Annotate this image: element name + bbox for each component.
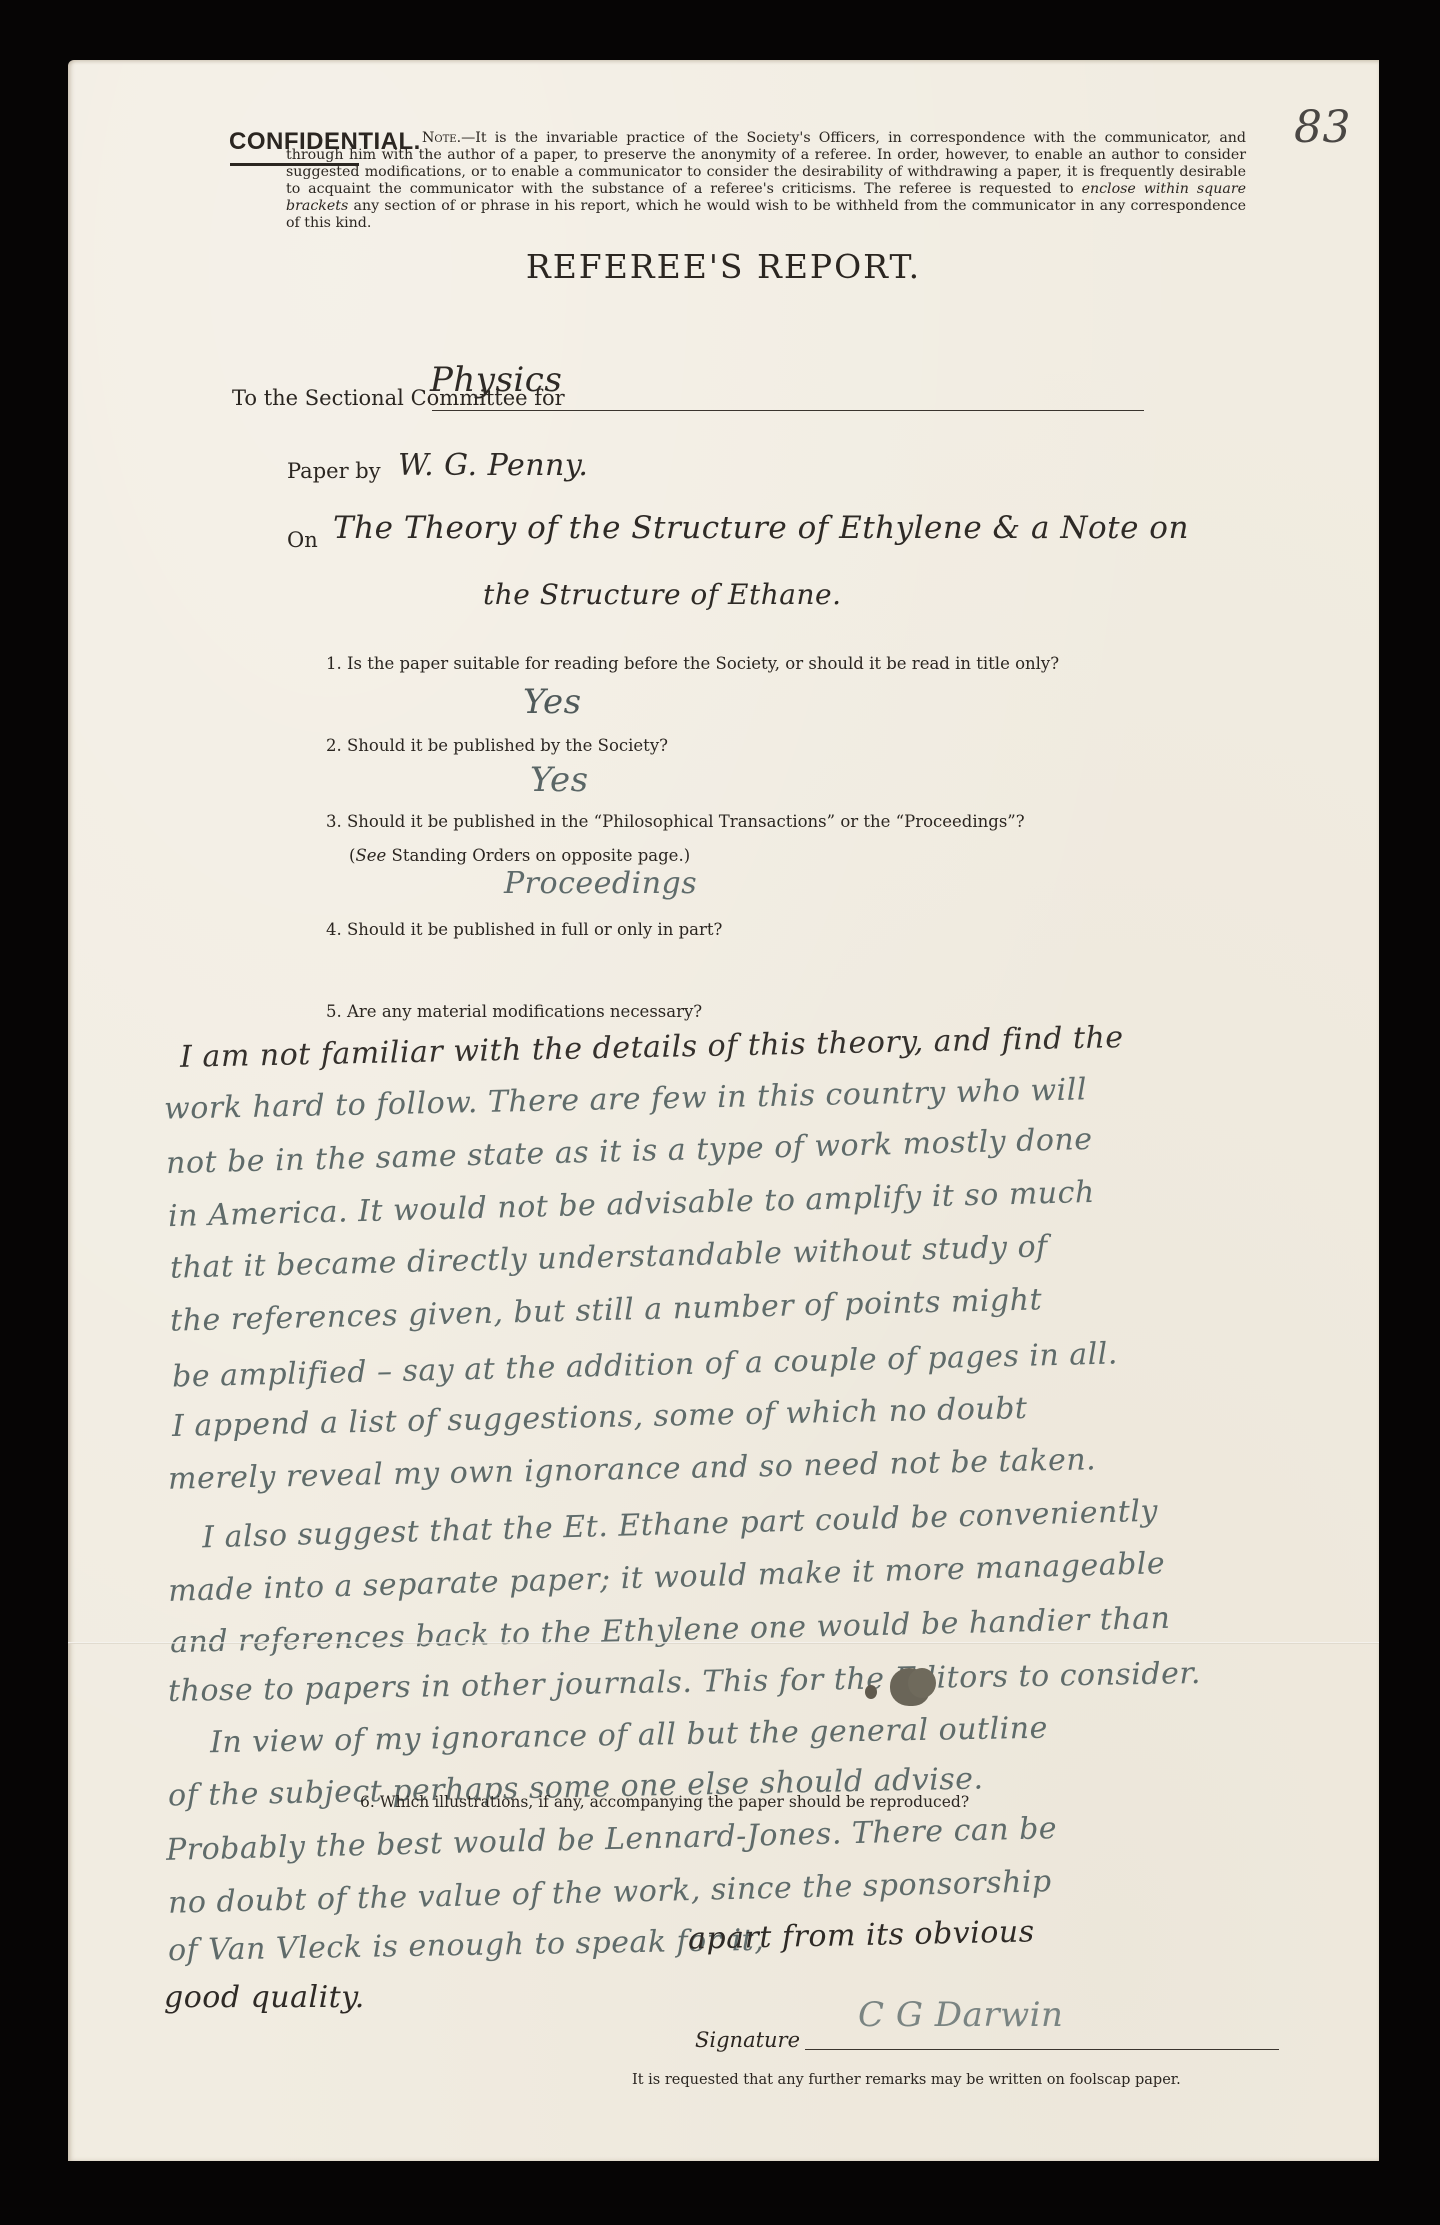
on-label: On xyxy=(287,528,318,552)
question-number: 5. xyxy=(326,1002,342,1021)
answer-1: Yes xyxy=(523,682,582,722)
report-line: be amplified – say at the addition of a … xyxy=(172,1336,1119,1394)
paper-by-value: W. G. Penny. xyxy=(398,448,588,483)
ink-blot xyxy=(890,1668,930,1706)
question-text: Are any material modifications necessary… xyxy=(347,1002,702,1021)
confidentiality-note: Note.—It is the invariable practice of t… xyxy=(286,130,1246,232)
answer-2: Yes xyxy=(530,760,589,800)
question-text: Should it be published in full or only i… xyxy=(347,920,722,939)
question-2: 2. Should it be published by the Society… xyxy=(326,736,668,755)
report-line: in America. It would not be advisable to… xyxy=(168,1175,1095,1234)
ink-dot xyxy=(865,1685,877,1699)
signature-value: C G Darwin xyxy=(858,1995,1063,2035)
footer-note: It is requested that any further remarks… xyxy=(632,2072,1181,2088)
referee-report-page: 83 CONFIDENTIAL. Note.—It is the invaria… xyxy=(68,60,1379,2161)
page-title: REFEREE'S REPORT. xyxy=(68,247,1379,286)
question-number: 1. xyxy=(326,654,342,673)
report-line: I am not familiar with the details of th… xyxy=(180,1020,1124,1075)
question-text: Should it be published in the “Philosoph… xyxy=(347,812,1025,831)
question-3-note: (See Standing Orders on opposite page.) xyxy=(349,846,690,865)
question-4: 4. Should it be published in full or onl… xyxy=(326,920,722,939)
fold-crease xyxy=(68,1642,1379,1644)
question-5: 5. Are any material modifications necess… xyxy=(326,1002,702,1021)
question-text: Is the paper suitable for reading before… xyxy=(347,654,1059,673)
report-line: no doubt of the value of the work, since… xyxy=(168,1864,1052,1921)
report-line: not be in the same state as it is a type… xyxy=(166,1122,1093,1181)
question-number: 2. xyxy=(326,736,342,755)
question-text: Which illustrations, if any, accompanyin… xyxy=(380,1793,969,1811)
report-line: I append a list of suggestions, some of … xyxy=(172,1391,1028,1444)
paper-title-line-1: The Theory of the Structure of Ethylene … xyxy=(333,510,1189,546)
question-text: Should it be published by the Society? xyxy=(347,736,668,755)
report-line: and references back to the Ethylene one … xyxy=(170,1601,1171,1660)
committee-field-line xyxy=(432,410,1144,411)
question-6: 6. Which illustrations, if any, accompan… xyxy=(360,1793,969,1811)
report-line: that it became directly understandable w… xyxy=(170,1229,1048,1285)
question-number: 3. xyxy=(326,812,342,831)
page-number: 83 xyxy=(1294,102,1351,153)
report-line: In view of my ignorance of all but the g… xyxy=(210,1711,1048,1761)
signature-line xyxy=(805,2049,1279,2050)
question-3: 3. Should it be published in the “Philos… xyxy=(326,812,1025,831)
report-line: I also suggest that the Et. Ethane part … xyxy=(202,1494,1159,1556)
question-number: 6. xyxy=(360,1793,375,1811)
report-line: good quality. xyxy=(164,1980,365,2015)
report-line: made into a separate paper; it would mak… xyxy=(168,1546,1166,1609)
report-line: work hard to follow. There are few in th… xyxy=(164,1072,1087,1126)
report-line: Probably the best would be Lennard-Jones… xyxy=(166,1811,1058,1868)
answer-3: Proceedings xyxy=(504,866,697,901)
report-line: of Van Vleck is enough to speak for it, xyxy=(168,1923,765,1968)
report-line: those to papers in other journals. This … xyxy=(168,1656,1201,1709)
note-tail: any section of or phrase in his report, … xyxy=(286,198,1246,231)
report-line: merely reveal my own ignorance and so ne… xyxy=(168,1442,1097,1496)
note-lead: Note. xyxy=(422,130,461,146)
paper-by-label: Paper by xyxy=(287,459,381,483)
see-italic: See xyxy=(355,846,386,865)
report-addendum: apart from its obvious xyxy=(688,1914,1035,1956)
paper-title-line-2: the Structure of Ethane. xyxy=(483,578,841,611)
standing-orders-text: Standing Orders on opposite page.) xyxy=(386,846,690,865)
signature-label: Signature xyxy=(695,2028,800,2052)
question-number: 4. xyxy=(326,920,342,939)
question-1: 1. Is the paper suitable for reading bef… xyxy=(326,654,1059,673)
report-line: the references given, but still a number… xyxy=(170,1282,1043,1338)
committee-value: Physics xyxy=(430,360,562,400)
